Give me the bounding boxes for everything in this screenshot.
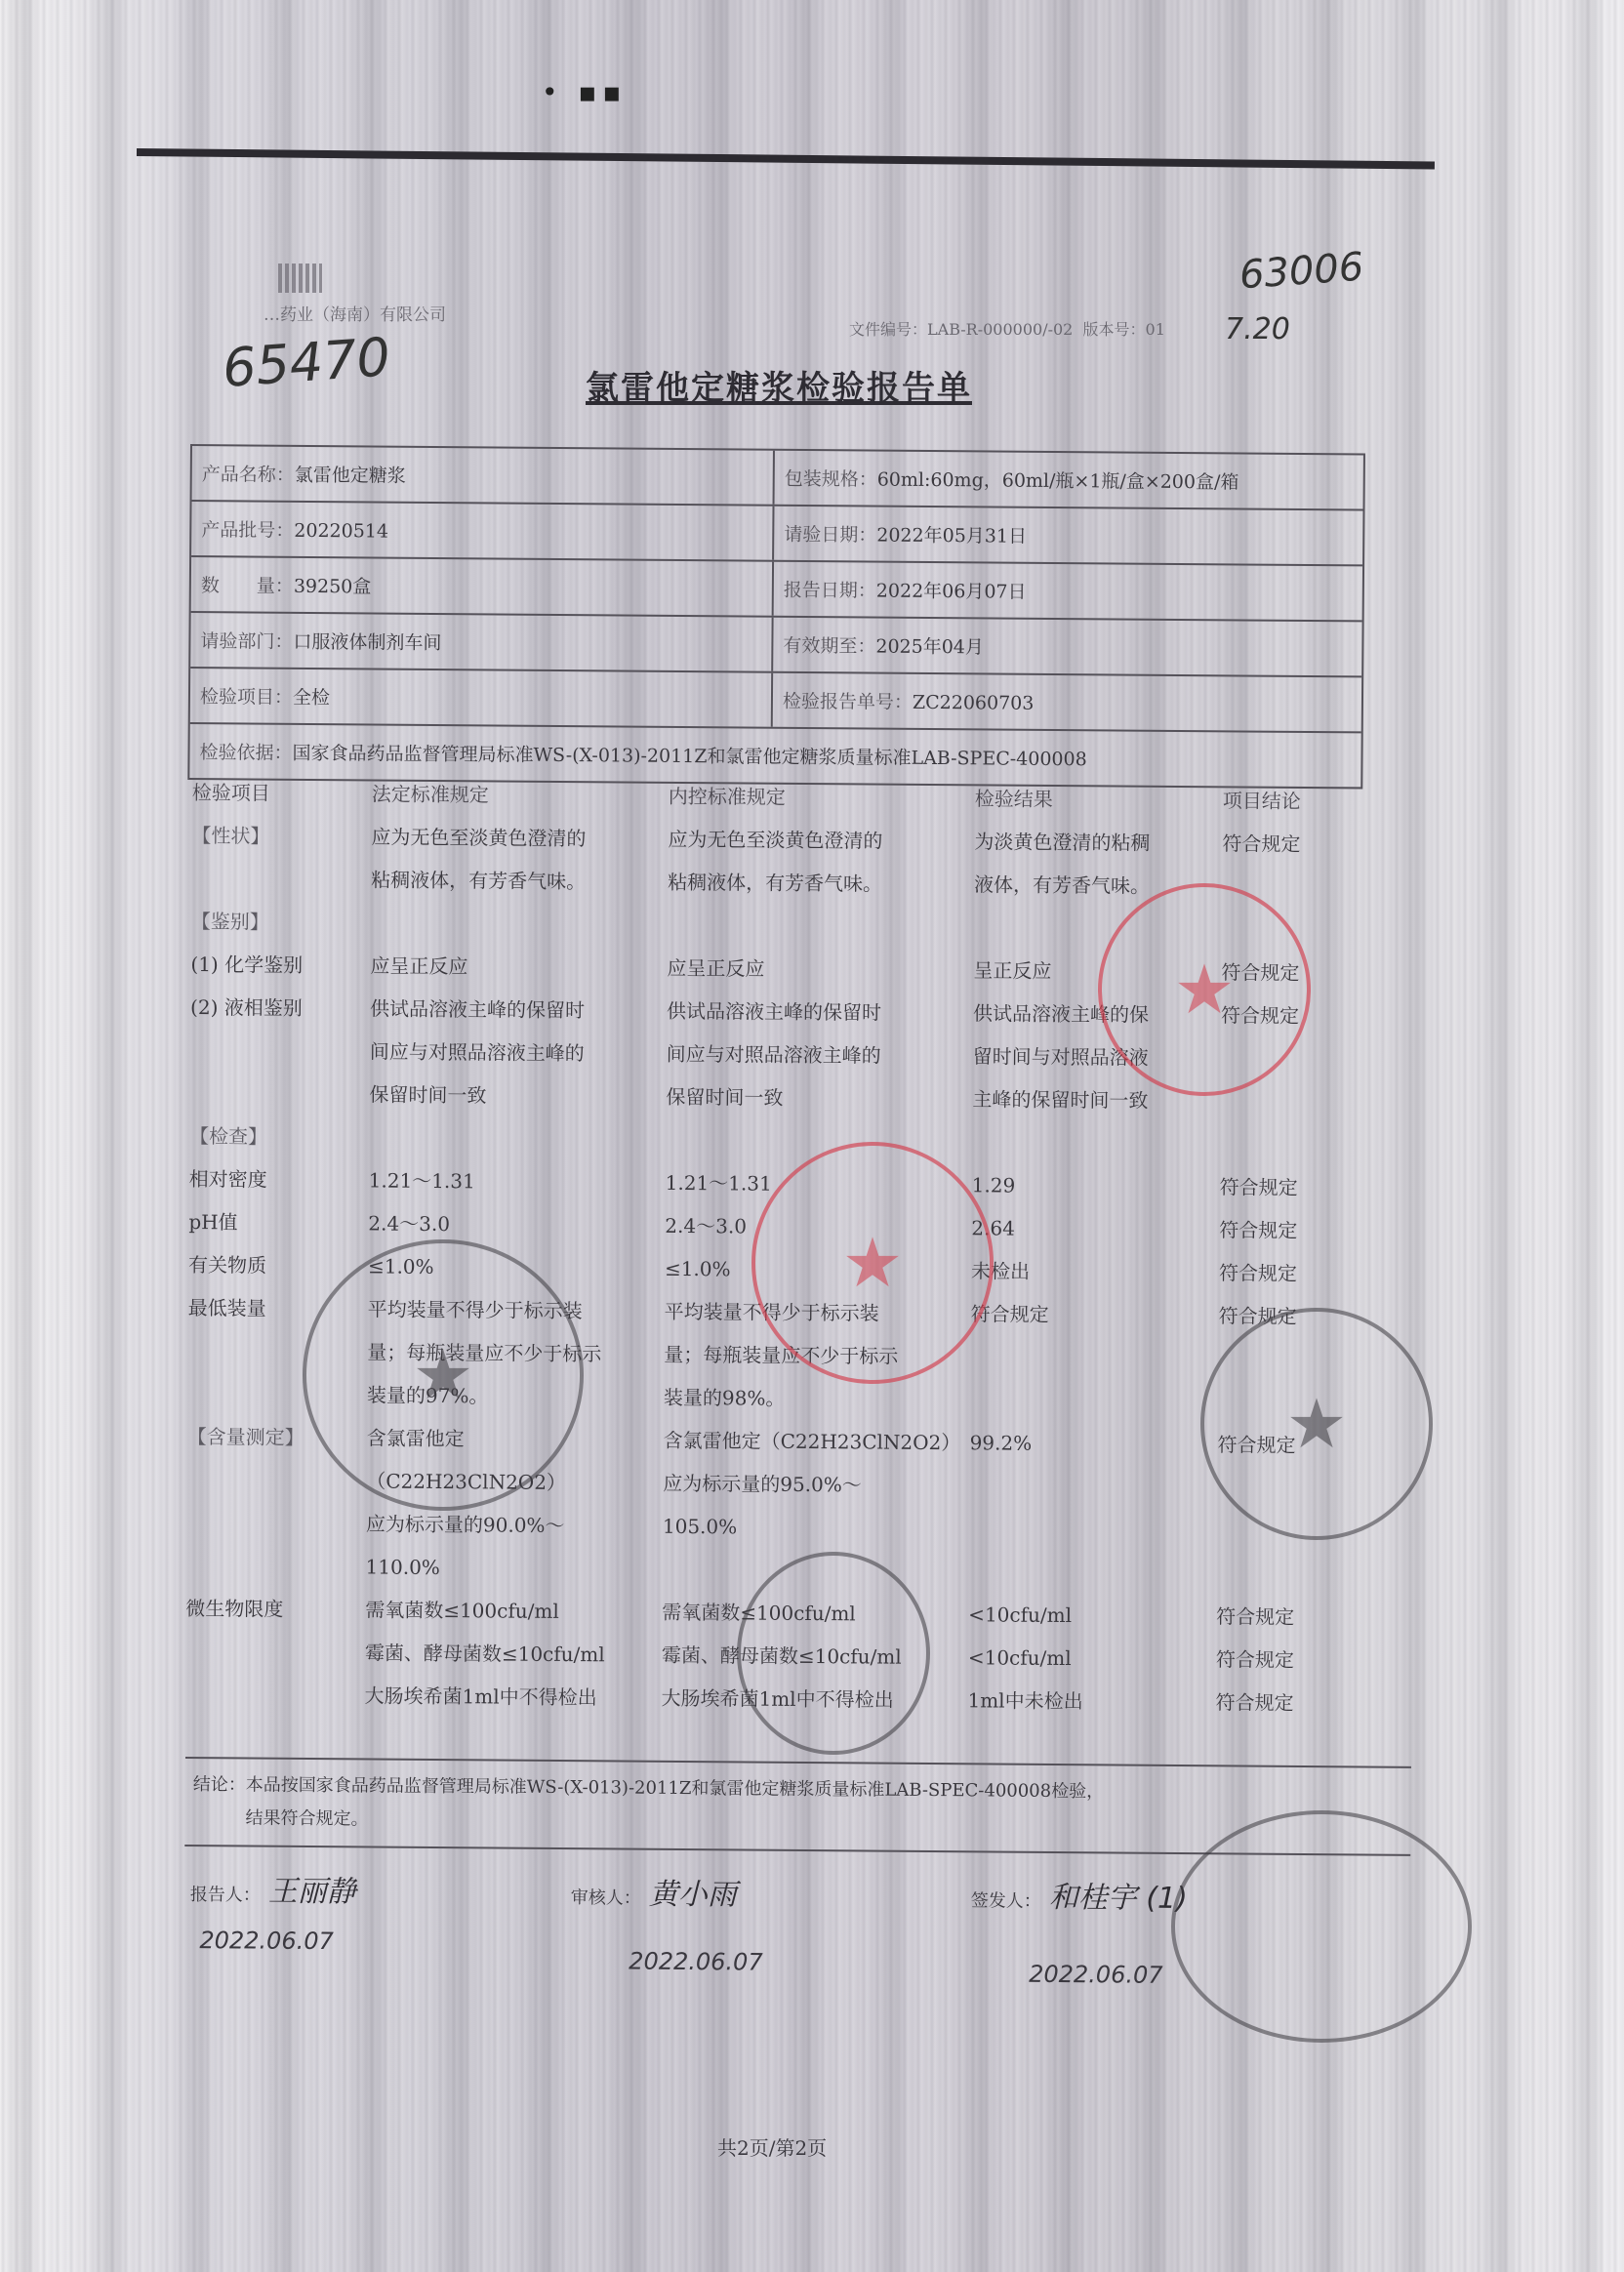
row-internal-standard: 应呈正反应 xyxy=(667,947,969,992)
row-conclusion: 符合规定 xyxy=(1219,1251,1356,1295)
conclusion-text: 本品按国家食品药品监督管理局标准WS-(X-013)-2011Z和氯雷他定糖浆质… xyxy=(246,1774,1105,1802)
company-logo-icon xyxy=(278,264,322,293)
row-internal-standard xyxy=(666,1118,968,1163)
row-conclusion xyxy=(1222,908,1359,952)
row-item: 【性状】 xyxy=(191,814,368,901)
reporter-date: 2022.06.07 xyxy=(199,1927,334,1955)
version-value: 01 xyxy=(1146,320,1165,339)
request-date-cell: 请验日期：2022年05月31日 xyxy=(774,507,1362,565)
batch-number: 20220514 xyxy=(294,520,388,543)
info-row: 数 量：39250盒 报告日期：2022年06月07日 xyxy=(191,557,1362,622)
row-legal-standard: 1.21～1.31 xyxy=(369,1158,662,1203)
row-result: 2.64 xyxy=(971,1206,1215,1251)
row-conclusion: 符合规定 xyxy=(1216,1638,1353,1682)
row-conclusion: 符合规定 xyxy=(1219,1208,1356,1252)
info-table: 产品名称：氯雷他定糖浆 包装规格：60ml:60mg，60ml/瓶×1瓶/盒×2… xyxy=(187,444,1365,789)
info-row: 产品名称：氯雷他定糖浆 包装规格：60ml:60mg，60ml/瓶×1瓶/盒×2… xyxy=(192,446,1363,510)
row-internal-standard xyxy=(668,904,970,949)
row-item: 【鉴别】 xyxy=(191,900,367,944)
row-legal-standard: 含氯雷他定（C22H23ClN2O2） 应为标示量的90.0%～ 110.0% xyxy=(365,1416,659,1590)
handwritten-note-right: 7.20 xyxy=(1225,312,1290,346)
row-conclusion: 符合规定 xyxy=(1220,1165,1357,1209)
row-conclusion: 符合规定 xyxy=(1216,1595,1353,1639)
row-conclusion: 符合规定 xyxy=(1218,1294,1356,1424)
request-dept: 口服液体制剂车间 xyxy=(293,631,441,654)
row-result: 呈正反应 xyxy=(973,949,1217,994)
reporter-name: 王丽静 xyxy=(268,1875,356,1910)
document-number: 文件编号：LAB-R-000000/-02 版本号：01 xyxy=(849,317,1165,340)
product-name: 氯雷他定糖浆 xyxy=(295,465,406,487)
row-result: 1.29 xyxy=(972,1163,1216,1208)
conclusion-label: 结论： xyxy=(193,1774,246,1795)
row-legal-standard: ≤1.0% xyxy=(368,1244,661,1289)
top-rule xyxy=(137,148,1435,169)
row-item: 相对密度 xyxy=(189,1157,365,1201)
row-legal-standard: 大肠埃希菌1ml中不得检出 xyxy=(364,1674,657,1719)
row-item: 有关物质 xyxy=(188,1243,364,1287)
row-internal-standard: 大肠埃希菌1ml中不得检出 xyxy=(661,1677,963,1722)
test-basis: 国家食品药品监督管理局标准WS-(X-013)-2011Z和氯雷他定糖浆质量标准… xyxy=(292,743,1086,770)
row-internal-standard: ≤1.0% xyxy=(665,1247,967,1292)
row-legal-standard: 需氧菌数≤100cfu/ml xyxy=(365,1588,658,1633)
request-date: 2022年05月31日 xyxy=(876,525,1027,548)
quantity-cell: 数 量：39250盒 xyxy=(191,557,774,616)
row-result: <10cfu/ml xyxy=(968,1636,1212,1681)
reviewer-signature: 审核人：黄小雨 2022.06.07 xyxy=(571,1869,737,1913)
header-conclusion: 项目结论 xyxy=(1223,779,1360,823)
company-name: …药业（海南）有限公司 xyxy=(264,301,446,325)
results-row: 【含量测定】含氯雷他定（C22H23ClN2O2） 应为标示量的90.0%～ 1… xyxy=(185,1415,1358,1596)
reviewer-date: 2022.06.07 xyxy=(629,1948,763,1976)
row-legal-standard: 霉菌、酵母菌数≤10cfu/ml xyxy=(365,1631,658,1676)
row-item: 微生物限度 xyxy=(185,1587,361,1631)
row-result xyxy=(974,906,1218,951)
product-name-cell: 产品名称：氯雷他定糖浆 xyxy=(192,446,775,505)
row-conclusion: 符合规定 xyxy=(1220,994,1358,1123)
header-item: 检验项目 xyxy=(192,771,368,815)
conclusion-box: 结论：本品按国家食品药品监督管理局标准WS-(X-013)-2011Z和氯雷他定… xyxy=(184,1757,1411,1856)
results-row: 【性状】应为无色至淡黄色澄清的 粘稠液体，有芳香气味。应为无色至淡黄色澄清的 粘… xyxy=(191,814,1363,909)
row-internal-standard: 霉菌、酵母菌数≤10cfu/ml xyxy=(662,1634,964,1679)
results-row: (2) 液相鉴别供试品溶液主峰的保留时 间应与对照品溶液主峰的 保留时间一致供试… xyxy=(189,986,1361,1123)
row-internal-standard: 供试品溶液主峰的保留时 间应与对照品溶液主峰的 保留时间一致 xyxy=(666,990,969,1120)
results-row: 最低装量平均装量不得少于标示装 量；每瓶装量应不少于标示 装量的97%。平均装量… xyxy=(187,1286,1360,1424)
header-internal-standard: 内控标准规定 xyxy=(669,775,971,820)
row-result xyxy=(972,1120,1216,1165)
reviewer-name: 黄小雨 xyxy=(649,1878,737,1913)
row-result: 未检出 xyxy=(971,1249,1215,1294)
row-internal-standard: 2.4～3.0 xyxy=(665,1204,967,1249)
report-date-cell: 报告日期：2022年06月07日 xyxy=(774,562,1362,621)
package-spec-cell: 包装规格：60ml:60mg，60ml/瓶×1瓶/盒×200盒/箱 xyxy=(775,451,1363,509)
report-date: 2022年06月07日 xyxy=(876,581,1027,603)
dept-cell: 请验部门：口服液体制剂车间 xyxy=(190,613,773,671)
version-label: 版本号： xyxy=(1083,320,1146,339)
row-result: 为淡黄色澄清的粘稠 液体，有芳香气味。 xyxy=(974,820,1219,908)
row-conclusion: 符合规定 xyxy=(1215,1681,1352,1724)
header-result: 检验结果 xyxy=(975,777,1219,822)
expiry-date: 2025年04月 xyxy=(875,636,984,659)
row-conclusion: 符合规定 xyxy=(1216,1423,1354,1596)
info-row: 检验项目：全检 检验报告单号：ZC22060703 xyxy=(190,669,1361,733)
row-internal-standard: 需氧菌数≤100cfu/ml xyxy=(662,1591,964,1636)
signature-row: 报告人：王丽静 2022.06.07 审核人：黄小雨 2022.06.07 签发… xyxy=(190,1866,1401,1876)
row-legal-standard xyxy=(369,1116,662,1160)
row-item: (2) 液相鉴别 xyxy=(189,986,366,1116)
report-title: 氯雷他定糖浆检验报告单 xyxy=(586,361,972,409)
row-legal-standard: 2.4～3.0 xyxy=(368,1201,661,1246)
row-legal-standard: 应为无色至淡黄色澄清的 粘稠液体，有芳香气味。 xyxy=(371,815,665,903)
quantity: 39250盒 xyxy=(294,576,372,598)
reporter-signature: 报告人：王丽静 2022.06.07 xyxy=(190,1866,356,1910)
results-table: 检验项目 法定标准规定 内控标准规定 检验结果 项目结论 【性状】应为无色至淡黄… xyxy=(184,771,1363,1724)
row-item: 最低装量 xyxy=(187,1286,364,1416)
expiry-cell: 有效期至：2025年04月 xyxy=(773,618,1361,676)
issuer-date: 2022.06.07 xyxy=(1029,1961,1163,1989)
info-row: 请验部门：口服液体制剂车间 有效期至：2025年04月 xyxy=(190,613,1361,677)
row-result: 供试品溶液主峰的保 留时间与对照品溶液 主峰的保留时间一致 xyxy=(972,992,1217,1122)
report-no-cell: 检验报告单号：ZC22060703 xyxy=(773,673,1361,732)
row-result: 99.2% xyxy=(968,1421,1213,1595)
results-row: 大肠埃希菌1ml中不得检出大肠埃希菌1ml中不得检出1ml中未检出符合规定 xyxy=(184,1673,1356,1724)
row-result: 符合规定 xyxy=(970,1292,1215,1423)
row-legal-standard: 应呈正反应 xyxy=(370,944,663,989)
scan-marks: • ▪▪ xyxy=(542,76,627,108)
conclusion-result: 结果符合规定。 xyxy=(245,1807,368,1829)
row-conclusion: 符合规定 xyxy=(1222,822,1360,909)
row-item: (1) 化学鉴别 xyxy=(190,943,366,987)
row-legal-standard: 供试品溶液主峰的保留时 间应与对照品溶液主峰的 保留时间一致 xyxy=(369,987,663,1117)
issuer-signature: 签发人：和桂宇 (1) 2022.06.07 xyxy=(971,1872,1188,1917)
row-legal-standard xyxy=(371,901,664,946)
row-legal-standard: 平均装量不得少于标示装 量；每瓶装量应不少于标示 装量的97%。 xyxy=(367,1287,661,1418)
row-internal-standard: 1.21～1.31 xyxy=(666,1161,968,1206)
row-internal-standard: 应为无色至淡黄色澄清的 粘稠液体，有芳香气味。 xyxy=(668,818,971,906)
results-body: 【性状】应为无色至淡黄色澄清的 粘稠液体，有芳香气味。应为无色至淡黄色澄清的 粘… xyxy=(184,814,1362,1724)
page-number: 共2页/第2页 xyxy=(717,2132,827,2161)
test-item-cell: 检验项目：全检 xyxy=(190,669,773,727)
row-internal-standard: 含氯雷他定（C22H23ClN2O2） 应为标示量的95.0%～ 105.0% xyxy=(662,1419,965,1593)
row-item xyxy=(184,1673,360,1717)
row-item: 【检查】 xyxy=(189,1115,365,1158)
handwritten-number-left: 65470 xyxy=(221,326,392,399)
row-conclusion xyxy=(1220,1122,1357,1166)
row-item: 【含量测定】 xyxy=(185,1415,362,1588)
header-legal-standard: 法定标准规定 xyxy=(372,772,665,817)
issuer-name: 和桂宇 (1) xyxy=(1049,1881,1188,1916)
row-item xyxy=(185,1630,361,1674)
doc-number-label: 文件编号： xyxy=(849,320,927,339)
report-number: ZC22060703 xyxy=(913,692,1035,714)
row-item: pH值 xyxy=(188,1200,364,1244)
handwritten-number-right: 63006 xyxy=(1238,245,1365,299)
row-conclusion: 符合规定 xyxy=(1221,951,1358,994)
report-page: • ▪▪ …药业（海南）有限公司 文件编号：LAB-R-000000/-02 版… xyxy=(0,0,1624,2272)
row-result: 1ml中未检出 xyxy=(967,1679,1211,1724)
batch-cell: 产品批号：20220514 xyxy=(191,502,774,560)
row-internal-standard: 平均装量不得少于标示装 量；每瓶装量应不少于标示 装量的98%。 xyxy=(664,1290,967,1421)
row-result: <10cfu/ml xyxy=(968,1593,1212,1638)
package-spec: 60ml:60mg，60ml/瓶×1瓶/盒×200盒/箱 xyxy=(877,469,1239,494)
doc-number-value: LAB-R-000000/-02 xyxy=(927,320,1073,339)
test-item: 全检 xyxy=(293,687,330,709)
info-row: 产品批号：20220514 请验日期：2022年05月31日 xyxy=(191,502,1362,566)
